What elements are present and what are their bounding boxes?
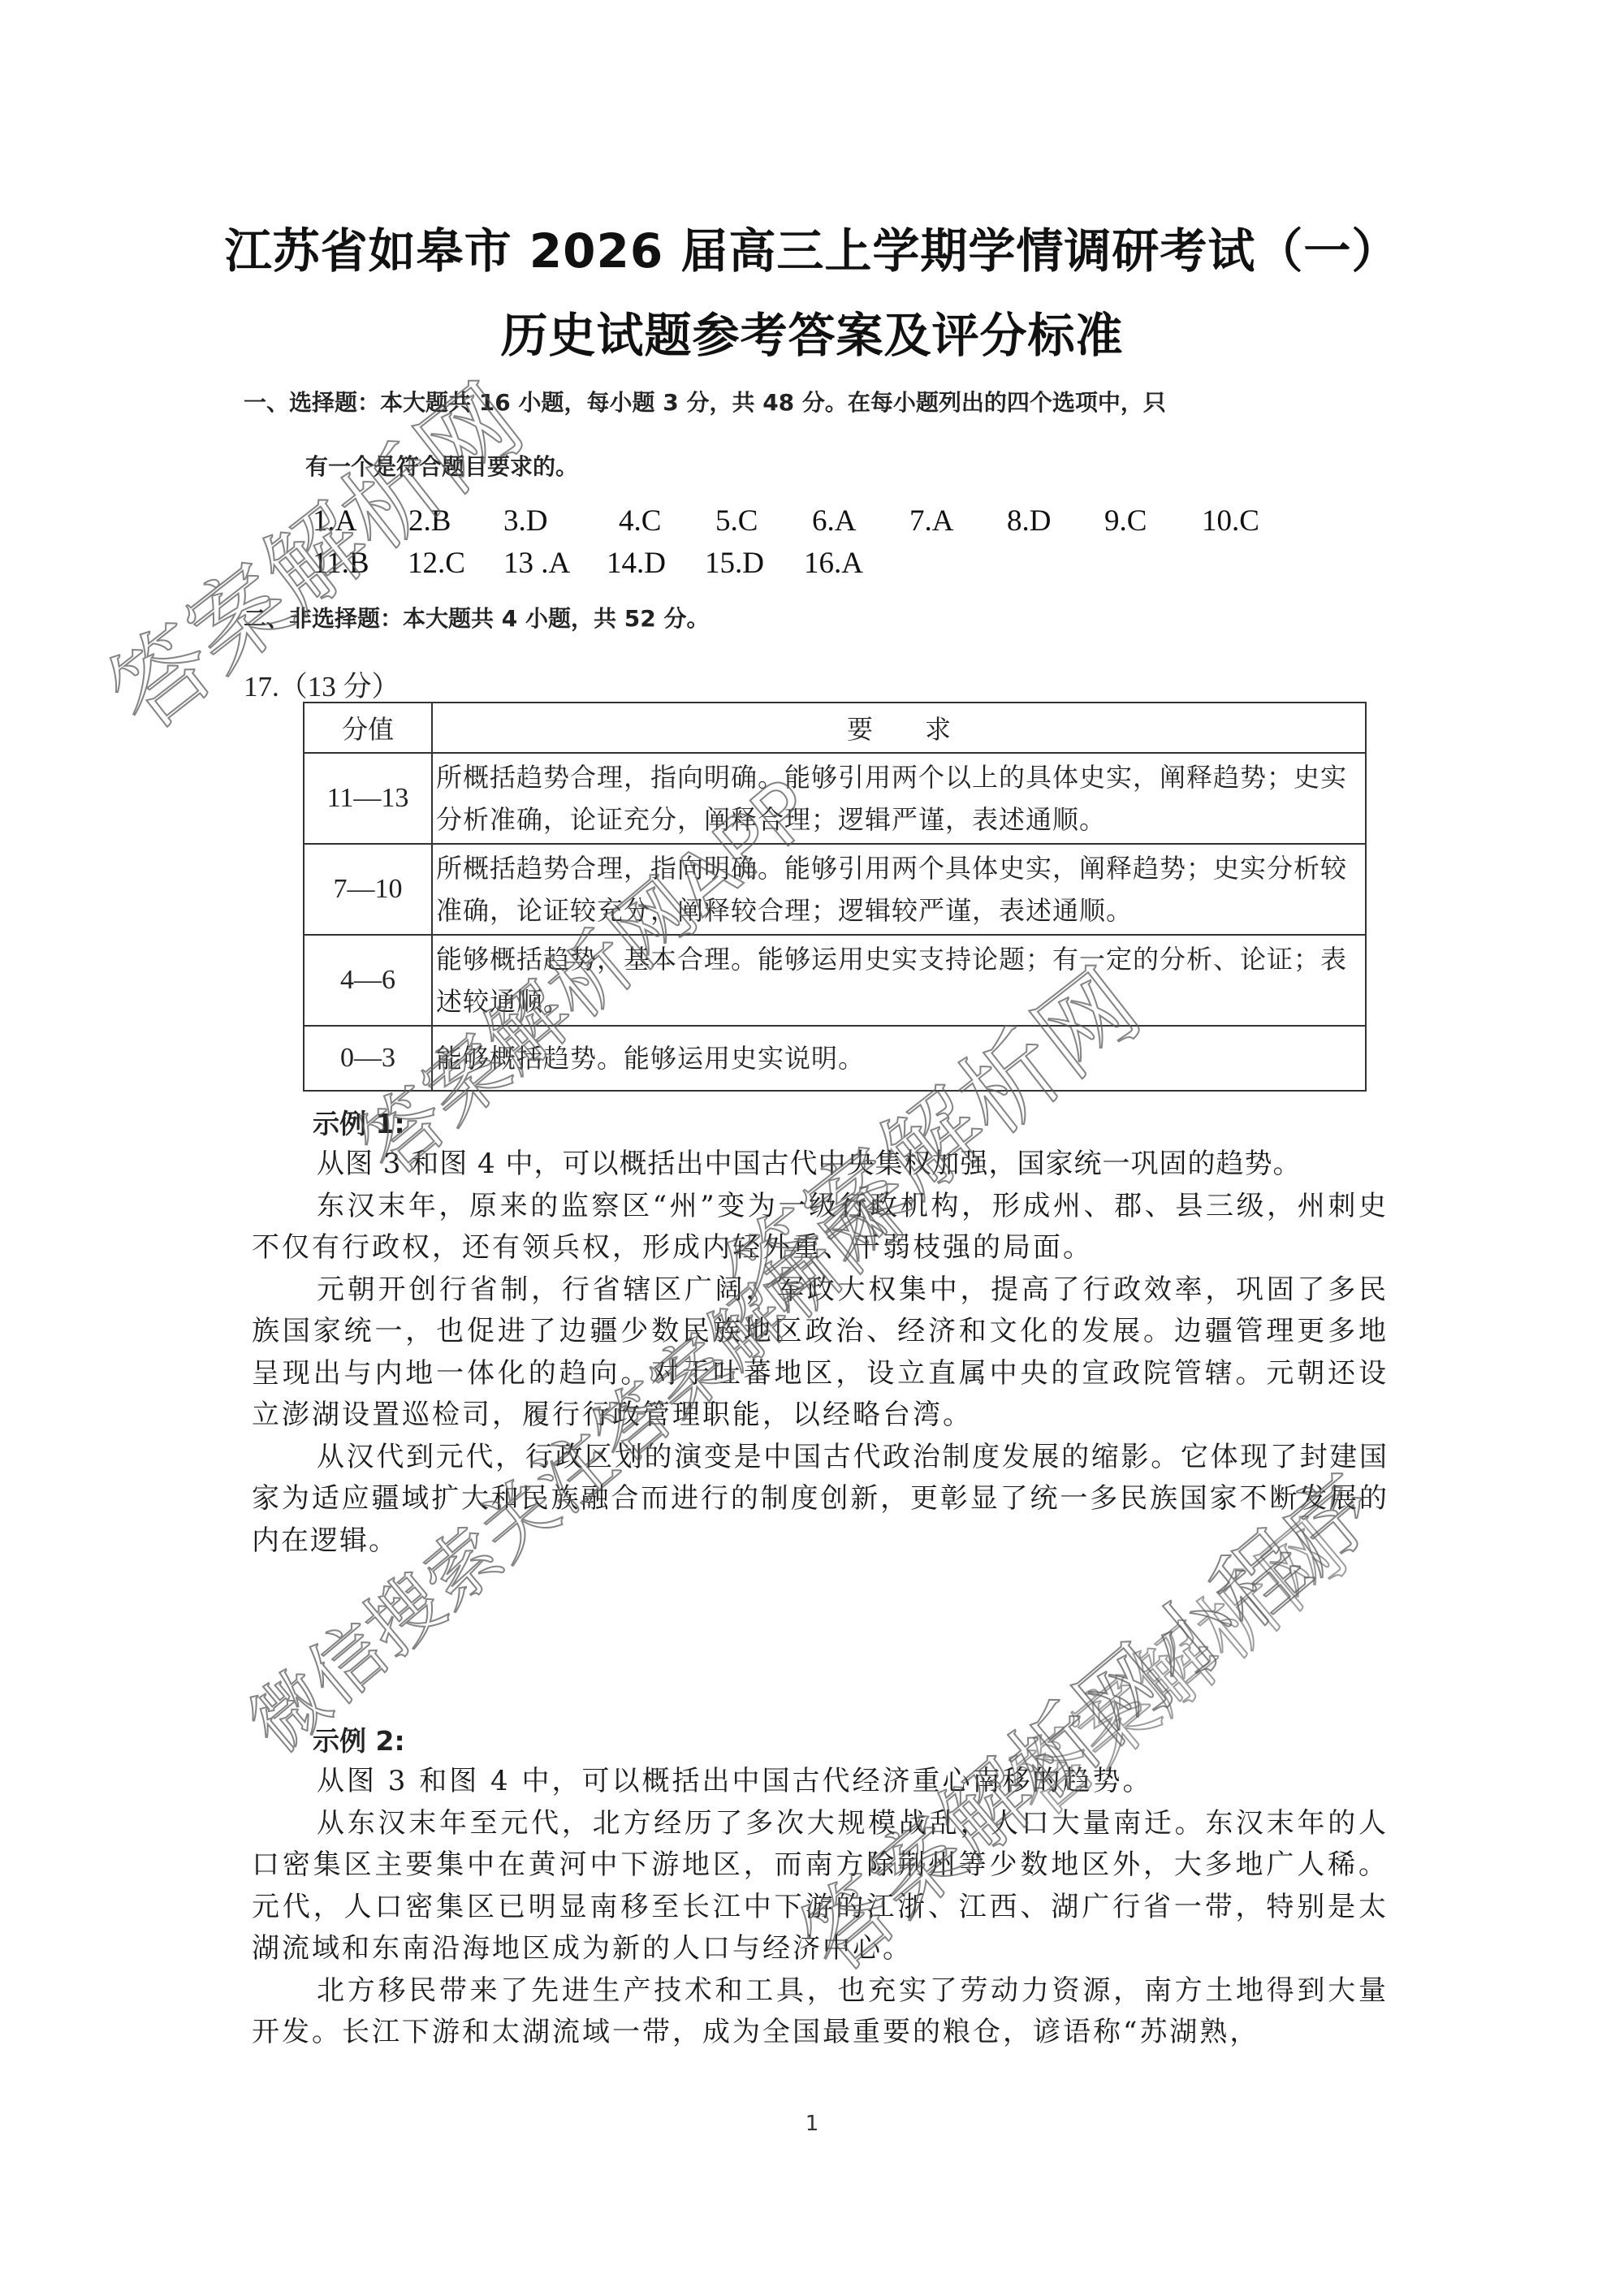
table-row: 0—3 能够概括趋势。能够运用史实说明。 (304, 1026, 1366, 1091)
requirement-text: 所概括趋势合理，指向明确。能够引用两个以上的具体史实，阐释趋势；史实分析准确，论… (432, 753, 1366, 844)
answer-item: 14.D (607, 546, 666, 581)
sample-2-title: 示例 2: (313, 1720, 405, 1758)
scoring-rubric-table: 分值 要求 11—13 所概括趋势合理，指向明确。能够引用两个以上的具体史实，阐… (303, 702, 1367, 1092)
answer-item: 16.A (804, 546, 863, 581)
table-header-row: 分值 要求 (304, 703, 1366, 753)
paragraph: 从汉代到元代，行政区划的演变是中国古代政治制度发展的缩影。它体现了封建国家为适应… (252, 1437, 1389, 1563)
sample-1-title: 示例 1: (313, 1103, 405, 1141)
score-range: 4—6 (304, 935, 432, 1026)
score-range: 7—10 (304, 844, 432, 935)
answer-item: 13 .A (503, 546, 570, 581)
question-17-label: 17.（13 分） (244, 664, 400, 705)
paragraph: 从图 3 和图 4 中，可以概括出中国古代中央集权加强，国家统一巩固的趋势。 (252, 1144, 1389, 1186)
table-row: 7—10 所概括趋势合理，指向明确。能够引用两个具体史实，阐释趋势；史实分析较准… (304, 844, 1366, 935)
section2-heading: 二、非选择题：本大题共 4 小题，共 52 分。 (244, 601, 709, 633)
answer-item: 10.C (1202, 504, 1259, 538)
sample-1-body: 从图 3 和图 4 中，可以概括出中国古代中央集权加强，国家统一巩固的趋势。 东… (252, 1144, 1389, 1562)
answer-item: 4.C (619, 504, 661, 538)
answer-item: 1.A (313, 504, 356, 538)
requirement-text: 能够概括趋势。能够运用史实说明。 (432, 1026, 1366, 1091)
header-score: 分值 (304, 703, 432, 753)
answer-item: 3.D (503, 504, 547, 538)
answer-item: 11.B (313, 546, 369, 581)
header-requirement: 要求 (432, 703, 1366, 753)
document-title: 江苏省如皋市 2026 届高三上学期学情调研考试（一） (0, 213, 1624, 281)
page-number: 1 (0, 2112, 1624, 2136)
requirement-text: 所概括趋势合理，指向明确。能够引用两个具体史实，阐释趋势；史实分析较准确，论证较… (432, 844, 1366, 935)
paragraph: 从东汉末年至元代，北方经历了多次大规模战乱，人口大量南迁。东汉末年的人口密集区主… (252, 1803, 1389, 1970)
answer-item: 9.C (1104, 504, 1147, 538)
paragraph: 北方移民带来了先进生产技术和工具，也充实了劳动力资源，南方土地得到大量开发。长江… (252, 1970, 1389, 2054)
paragraph: 东汉末年，原来的监察区“州”变为一级行政机构，形成州、郡、县三级，州刺史不仅有行… (252, 1186, 1389, 1269)
answer-item: 12.C (408, 546, 465, 581)
answer-item: 7.A (909, 504, 953, 538)
answer-item: 2.B (408, 504, 451, 538)
score-range: 11—13 (304, 753, 432, 844)
table-row: 11—13 所概括趋势合理，指向明确。能够引用两个以上的具体史实，阐释趋势；史实… (304, 753, 1366, 844)
requirement-text: 能够概括趋势，基本合理。能够运用史实支持论题；有一定的分析、论证；表述较通顺。 (432, 935, 1366, 1026)
score-range: 0—3 (304, 1026, 432, 1091)
paragraph: 元朝开创行省制，行省辖区广阔，军政大权集中，提高了行政效率，巩固了多民族国家统一… (252, 1269, 1389, 1437)
paragraph: 从图 3 和图 4 中，可以概括出中国古代经济重心南移的趋势。 (252, 1761, 1389, 1803)
answer-item: 5.C (715, 504, 758, 538)
document-subtitle: 历史试题参考答案及评分标准 (0, 297, 1624, 365)
section1-heading-line2: 有一个是符合题目要求的。 (305, 449, 578, 482)
answer-item: 15.D (705, 546, 764, 581)
answer-item: 8.D (1007, 504, 1051, 538)
table-row: 4—6 能够概括趋势，基本合理。能够运用史实支持论题；有一定的分析、论证；表述较… (304, 935, 1366, 1026)
section1-heading-line1: 一、选择题：本大题共 16 小题，每小题 3 分，共 48 分。在每小题列出的四… (244, 385, 1166, 417)
sample-2-body: 从图 3 和图 4 中，可以概括出中国古代经济重心南移的趋势。 从东汉末年至元代… (252, 1761, 1389, 2054)
answer-item: 6.A (812, 504, 856, 538)
